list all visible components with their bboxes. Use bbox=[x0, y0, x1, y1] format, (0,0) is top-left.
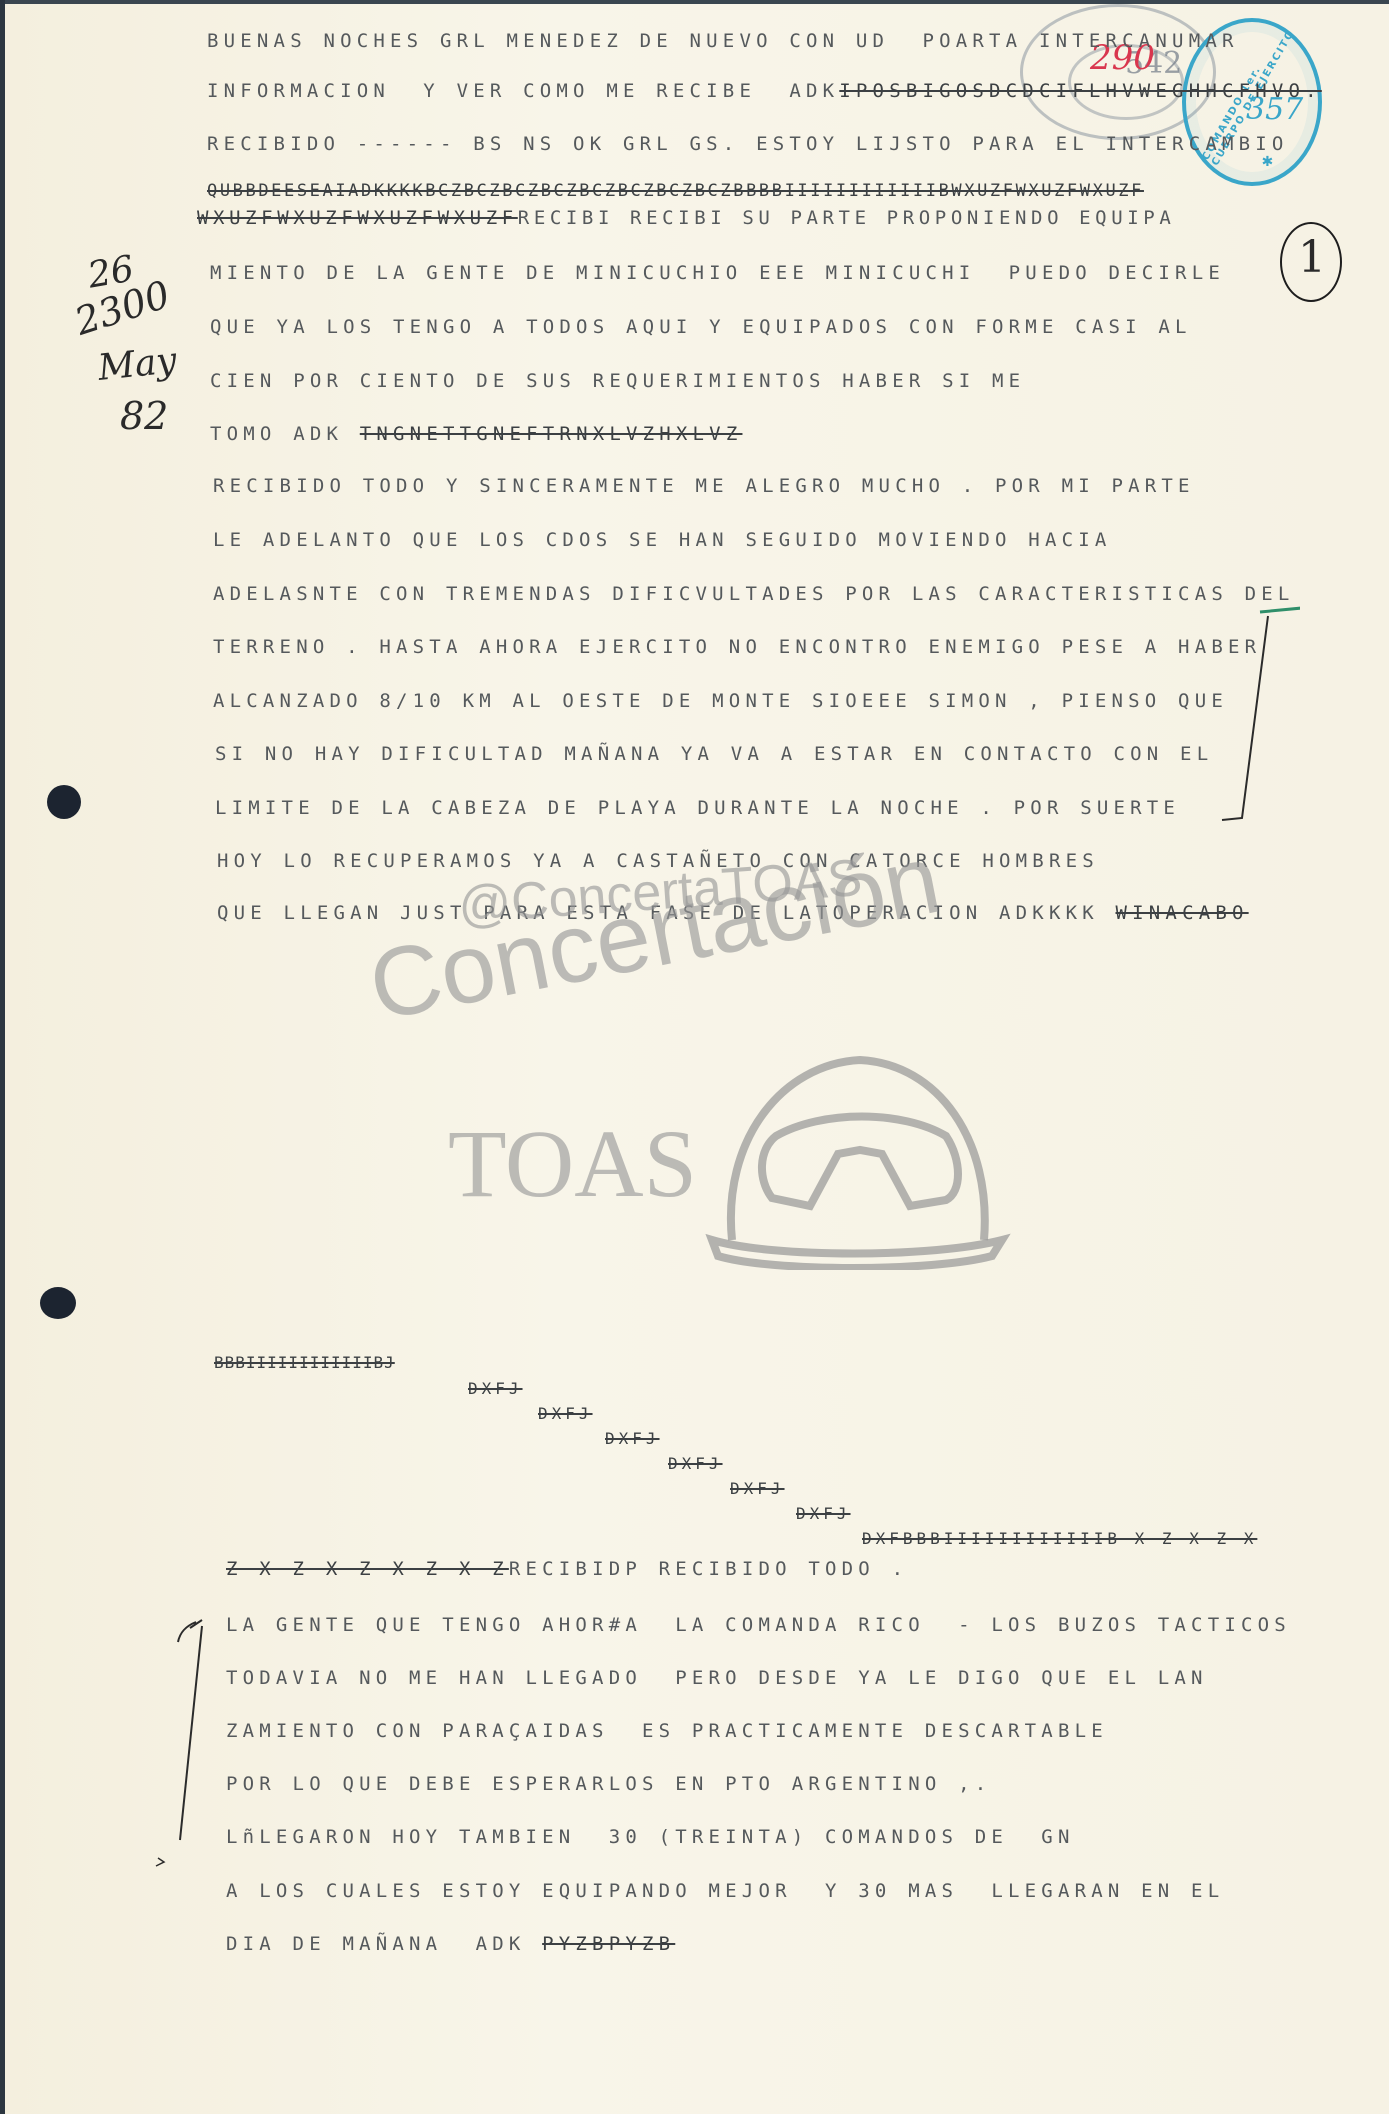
struck-text: PYZBPYZB bbox=[542, 1933, 675, 1955]
struck-text: WXUZFWXUZFWXUZFWXUZF bbox=[197, 207, 518, 229]
punch-hole-bottom bbox=[40, 1287, 76, 1319]
teletype-line: MIENTO DE LA GENTE DE MINICUCHIO EEE MIN… bbox=[210, 262, 1225, 284]
noise-line: DXFBBBIIIIIIIIIIIIB X Z X Z X bbox=[862, 1528, 1257, 1550]
struck-text: WINACABO bbox=[1116, 902, 1249, 924]
teletype-line: LE ADELANTO QUE LOS CDOS SE HAN SEGUIDO … bbox=[213, 529, 1112, 551]
teletype-line: WXUZFWXUZFWXUZFWXUZFRECIBI RECIBI SU PAR… bbox=[197, 207, 1175, 229]
punch-hole-top bbox=[47, 785, 81, 819]
helmet-goggles-icon bbox=[692, 1050, 1012, 1270]
watermark-brand: TOAS bbox=[448, 1108, 697, 1219]
teletype-line: CIEN POR CIENTO DE SUS REQUERIMIENTOS HA… bbox=[210, 370, 1025, 392]
margin-bracket-right bbox=[1210, 600, 1300, 830]
margin-bracket-left bbox=[150, 1610, 210, 1870]
teletype-line: RECIBIDO ------ BS NS OK GRL GS. ESTOY L… bbox=[207, 133, 1289, 155]
teletype-line: LñLEGARON HOY TAMBIEN 30 (TREINTA) COMAN… bbox=[226, 1826, 1075, 1848]
teletype-line: QUBBDEESEAIADKKKKBCZBCZBCZBCZBCZBCZBCZBC… bbox=[207, 180, 1144, 202]
teletype-line: RECIBIDO TODO Y SINCERAMENTE ME ALEGRO M… bbox=[213, 475, 1195, 497]
noise-line: DXFJ bbox=[796, 1503, 851, 1525]
struck-text: Z X Z X Z X Z X Z bbox=[226, 1558, 509, 1580]
teletype-line: ADELASNTE CON TREMENDAS DIFICVULTADES PO… bbox=[213, 583, 1295, 605]
teletype-line: Z X Z X Z X Z X ZRECIBIDP RECIBIDO TODO … bbox=[226, 1558, 908, 1580]
noise-line: DXFJ bbox=[538, 1403, 593, 1425]
noise-line: BBBIIIIIIIIIIIIBJ bbox=[214, 1352, 395, 1374]
teletype-line: ALCANZADO 8/10 KM AL OESTE DE MONTE SIOE… bbox=[213, 690, 1228, 712]
noise-line: DXFJ bbox=[668, 1453, 723, 1475]
scan-left-edge bbox=[0, 0, 5, 2114]
teletype-line: TERRENO . HASTA AHORA EJERCITO NO ENCONT… bbox=[213, 636, 1261, 658]
teletype-line: TODAVIA NO ME HAN LLEGADO PERO DESDE YA … bbox=[226, 1667, 1208, 1689]
teletype-line: BUENAS NOCHES GRL MENEDEZ DE NUEVO CON U… bbox=[207, 30, 1239, 52]
noise-line: DXFJ bbox=[468, 1378, 523, 1400]
scan-top-edge bbox=[0, 0, 1389, 4]
teletype-line: SI NO HAY DIFICULTAD MAÑANA YA VA A ESTA… bbox=[215, 743, 1213, 765]
teletype-line: TOMO ADK TNGNETTGNEFTRNXLVZHXLVZ bbox=[210, 423, 742, 445]
struck-text: TNGNETTGNEFTRNXLVZHXLVZ bbox=[360, 423, 743, 445]
page-number: 1 bbox=[1298, 232, 1326, 283]
teletype-line: DIA DE MAÑANA ADK PYZBPYZB bbox=[226, 1933, 675, 1955]
teletype-line: POR LO QUE DEBE ESPERARLOS EN PTO ARGENT… bbox=[226, 1773, 991, 1795]
margin-date-month: May bbox=[96, 340, 179, 389]
teletype-line: QUE YA LOS TENGO A TODOS AQUI Y EQUIPADO… bbox=[210, 316, 1192, 338]
noise-line: DXFJ bbox=[730, 1478, 785, 1500]
teletype-line: INFORMACION Y VER COMO ME RECIBE ADKIPOS… bbox=[207, 80, 1322, 102]
teletype-line: LA GENTE QUE TENGO AHOR#A LA COMANDA RIC… bbox=[226, 1614, 1291, 1636]
teletype-line: ZAMIENTO CON PARAÇAIDAS ES PRACTICAMENTE… bbox=[226, 1720, 1108, 1742]
margin-date-year: 82 bbox=[120, 394, 168, 438]
teletype-line: LIMITE DE LA CABEZA DE PLAYA DURANTE LA … bbox=[215, 797, 1180, 819]
document-page: 542 290 COMANDO 1er. CUERPO DE EJERCITO … bbox=[0, 0, 1389, 2114]
struck-text: IPOSBIGOSDCDCIFLHVWEGHHCFHVO. bbox=[839, 80, 1322, 102]
noise-line: DXFJ bbox=[605, 1428, 660, 1450]
struck-text: QUBBDEESEAIADKKKKBCZBCZBCZBCZBCZBCZBCZBC… bbox=[207, 181, 1144, 201]
teletype-line: A LOS CUALES ESTOY EQUIPANDO MEJOR Y 30 … bbox=[226, 1880, 1224, 1902]
